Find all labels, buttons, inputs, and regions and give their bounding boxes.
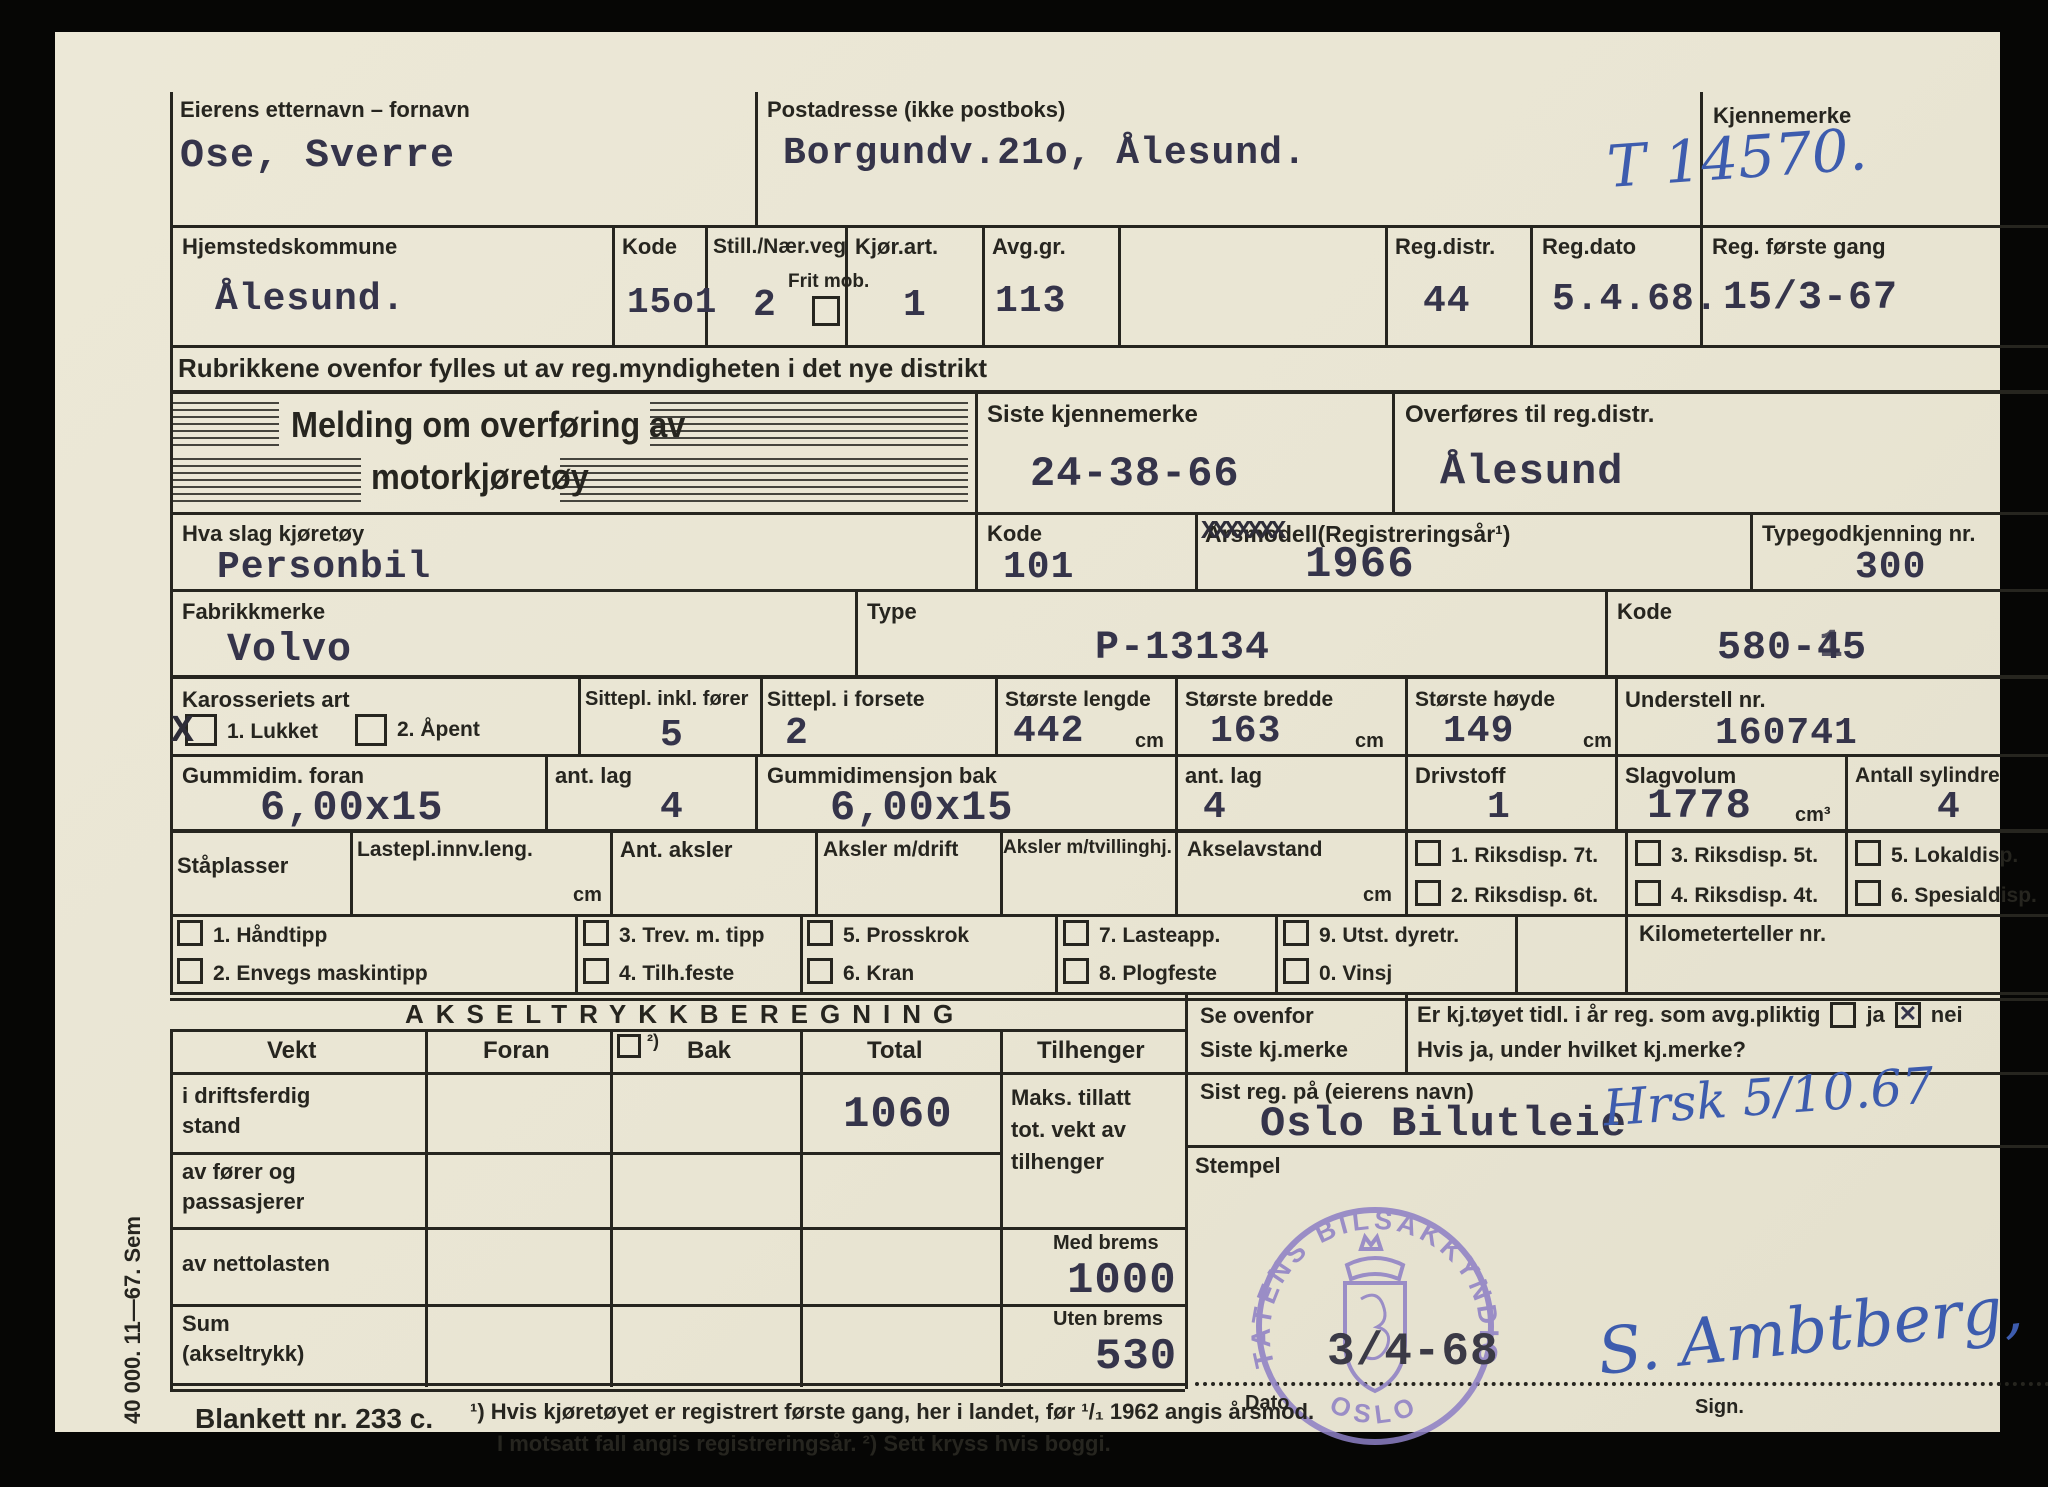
odometer-label: Kilometerteller nr. [1639,922,1826,946]
registration-card: Eierens etternavn – fornavn Ose, Sverre … [55,32,2000,1432]
driven-axles-label: Aksler m/drift [823,838,958,861]
plogfeste-label: 8. Plogfeste [1099,962,1217,985]
instruction-note: Rubrikkene ovenfor fylles ut av reg.mynd… [178,354,987,383]
overfores-value: Ålesund [1440,448,1623,496]
spesialdisp-label: 6. Spesialdisp. [1891,884,2037,907]
tilhfeste-label: 4. Tilh.feste [619,962,734,985]
regdato-label: Reg.dato [1542,235,1636,259]
length-unit: cm [1135,730,1164,752]
col-bak: Bak [687,1038,731,1064]
cylinders-label: Antall sylindre [1855,764,2000,787]
row4-label-b: (akseltrykk) [182,1342,304,1366]
divider [425,1029,428,1387]
hatch-decoration [173,402,279,450]
divider [1275,914,1278,992]
col-vekt: Vekt [267,1038,316,1064]
regdistr-label: Reg.distr. [1395,235,1495,259]
axle-count-label: Ant. aksler [620,838,733,862]
body-type-label: Karosseriets art [182,688,350,712]
divider [170,512,2048,515]
avggr-value: 113 [995,280,1066,323]
divider [170,92,173,994]
type-code-label: Kode [1617,600,1672,624]
model-year-value: 1966 [1305,540,1415,590]
divider [170,992,2048,995]
municipality-label: Hjemstedskommune [182,235,397,259]
front-seats-value: 2 [785,712,809,755]
postal-address-label: Postadresse (ikke postboks) [767,98,1065,122]
divider [1615,754,1618,829]
divider [575,914,578,992]
form-number: Blankett nr. 233 c. [195,1404,433,1435]
divider [1405,754,1408,829]
divider [1405,675,1408,754]
vehicle-kind-value: Personbil [217,546,431,589]
hatch-decoration [560,458,968,506]
body-closed-x-mark: X [171,710,195,753]
divider [1405,992,1408,1072]
divider [1515,914,1518,992]
body-open-label: 2. Åpent [397,718,480,741]
divider [170,1029,173,1389]
riksdisp-4t-checkbox[interactable] [1635,880,1661,906]
divider [1605,589,1608,675]
row1-label-a: i driftsferdig [182,1084,310,1108]
col-tilhenger: Tilhenger [1037,1038,1145,1064]
form-title-line2: motorkjøretøy [371,456,589,498]
municipality-value: Ålesund. [215,278,405,321]
twin-wheel-axles-label: Aksler m/tvillinghj. [1003,838,1172,859]
make-value: Volvo [227,628,352,673]
siste-kjennemerke-label: Siste kjennemerke [987,402,1198,428]
vinsj-label: 0. Vinsj [1319,962,1392,985]
tyre-front-value: 6,00x15 [260,784,443,832]
front-seats-label: Sittepl. i forsete [767,688,925,711]
siste-kjennemerke-value: 24-38-66 [1030,450,1240,498]
divider [170,1383,1185,1386]
plogfeste-checkbox[interactable] [1063,958,1089,984]
row1-label-b: stand [182,1114,241,1138]
ja-checkbox[interactable] [1830,1002,1856,1028]
riksdisp-4t-label: 4. Riksdisp. 4t. [1671,884,1818,907]
see-above-label: Se ovenfor [1200,1004,1314,1028]
inspector-signature: S. Ambtberg, [1594,1272,2026,1390]
kerb-weight-total: 1060 [843,1090,953,1140]
divider [1530,225,1533,345]
tilhfeste-checkbox[interactable] [583,958,609,984]
chassis-number-value: 160741 [1715,712,1858,755]
riksdisp-7t-checkbox[interactable] [1415,840,1441,866]
lasteapp-label: 7. Lasteapp. [1099,924,1220,947]
stamp-date: 3/4-68 [1327,1326,1499,1378]
type-label: Type [867,600,917,624]
ply-front-label: ant. lag [555,764,632,788]
seats-incl-driver-label: Sittepl. inkl. fører [585,688,748,710]
model-year-strikeout: XXXXXXX [1201,516,1282,546]
ply-front-value: 4 [660,786,684,829]
type-code-suffix: 5 [1842,626,1867,671]
still-naerveg-value: 2 [753,284,777,327]
divider [612,225,615,345]
overfores-label: Overføres til reg.distr. [1405,402,1654,428]
with-brakes-value: 1000 [1067,1256,1177,1306]
print-run-margin-text: 40 000. 11—67. Sem [121,1216,145,1424]
owner-name-label: Eierens etternavn – fornavn [180,98,470,122]
divider [1625,829,1628,914]
riksdisp-5t-label: 3. Riksdisp. 5t. [1671,844,1818,867]
trev-m-tipp-label: 3. Trev. m. tipp [619,924,764,947]
height-label: Største høyde [1415,688,1555,711]
handtipp-checkbox[interactable] [177,920,203,946]
regdistr-value: 44 [1423,280,1471,323]
width-unit: cm [1355,730,1384,752]
kjorart-label: Kjør.art. [855,235,938,259]
nei-check-mark: ✕ [1899,1002,1917,1028]
envegs-maskintipp-label: 2. Envegs maskintipp [213,962,428,985]
divider [982,225,985,345]
standing-places-label: Ståplasser [177,854,288,878]
divider [170,829,2048,833]
plate-number-handwritten: T 14570. [1605,115,1869,201]
nei-label: nei [1931,1002,1963,1028]
if-yes-label: Hvis ja, under hvilket kj.merke? [1417,1038,1746,1062]
wheelbase-unit: cm [1363,884,1392,906]
hatch-decoration [650,402,968,450]
type-approval-value: 300 [1855,546,1926,589]
divider [170,1029,1185,1032]
fuel-value: 1 [1487,786,1511,829]
divider [545,754,548,829]
chassis-number-label: Understell nr. [1625,688,1766,712]
type-value: P-13134 [1095,626,1270,671]
tyre-rear-value: 6,00x15 [830,784,1013,832]
divider [1175,675,1178,754]
lokaldisp-label: 5. Lokaldisp. [1891,844,2018,867]
riksdisp-5t-checkbox[interactable] [1635,840,1661,866]
kran-label: 6. Kran [843,962,914,985]
load-length-unit: cm [573,884,602,906]
divider [170,675,2048,679]
ply-rear-label: ant. lag [1185,764,1262,788]
divider [170,1152,1000,1155]
with-brakes-label: Med brems [1053,1232,1159,1254]
reg-forste-gang-label: Reg. første gang [1712,235,1886,259]
without-brakes-value: 530 [1095,1332,1177,1382]
stamp-label: Stempel [1195,1154,1281,1178]
riksdisp-6t-checkbox[interactable] [1415,880,1441,906]
divider [170,225,2048,228]
boggi-note: ²) [647,1032,659,1052]
type-approval-label: Typegodkjenning nr. [1762,522,1976,546]
divider [1392,390,1395,512]
divider [1625,914,1628,992]
length-value: 442 [1013,710,1084,753]
divider [170,1227,1185,1230]
divider [1118,225,1121,345]
divider [1185,992,1188,1389]
vehicle-kind-label: Hva slag kjøretøy [182,522,364,546]
stamp-text-bottom: OSLO [1326,1389,1425,1430]
divider [578,675,581,754]
svg-text:OSLO: OSLO [1326,1389,1425,1430]
kommune-code-label: Kode [622,235,677,259]
owner-name-value: Ose, Sverre [180,134,455,179]
divider [170,1304,1185,1307]
prosskrok-label: 5. Prosskrok [843,924,969,947]
seats-incl-driver-value: 5 [660,714,684,757]
vehicle-code-value: 101 [1003,546,1074,589]
footnote-1: ¹) Hvis kjøretøyet er registrert første … [470,1400,1314,1424]
riksdisp-7t-label: 1. Riksdisp. 7t. [1451,844,1598,867]
divider [1055,914,1058,992]
trailer-max-line3: tilhenger [1011,1150,1104,1174]
nei-checkbox[interactable]: ✕ [1895,1002,1921,1028]
tax-question-text: Er kj.tøyet tidl. i år reg. som avg.plik… [1417,1002,1820,1028]
sign-label: Sign. [1695,1396,1744,1418]
divider [610,1029,613,1387]
width-value: 163 [1210,710,1281,753]
trailer-max-line2: tot. vekt av [1011,1118,1126,1142]
divider [1845,829,1848,914]
divider [1175,754,1178,829]
divider [755,754,758,829]
kran-checkbox[interactable] [807,958,833,984]
divider [755,92,758,225]
riksdisp-6t-label: 2. Riksdisp. 6t. [1451,884,1598,907]
without-brakes-label: Uten brems [1053,1308,1163,1330]
regdato-value: 5.4.68. [1552,278,1719,321]
ja-label: ja [1866,1002,1884,1028]
kommune-code-value: 15o1 [627,282,717,323]
divider [760,675,763,754]
boggi-checkbox[interactable] [617,1034,641,1058]
tax-question-row: Er kj.tøyet tidl. i år reg. som avg.plik… [1417,1002,1963,1028]
avggr-label: Avg.gr. [992,235,1066,259]
last-registered-value: Oslo Bilutleie [1260,1100,1627,1148]
spesialdisp-checkbox[interactable] [1855,880,1881,906]
reg-forste-gang-value: 15/3-67 [1723,276,1898,321]
divider [975,390,978,589]
last-plate-label: Siste kj.merke [1200,1038,1348,1062]
body-closed-label: 1. Lukket [227,720,318,743]
postal-address-value: Borgundv.21o, Ålesund. [783,132,1307,175]
divider [1385,225,1388,345]
wheelbase-label: Akselavstand [1187,838,1322,861]
type-code-overstrike-b: 1 [1819,624,1844,669]
ply-rear-value: 4 [1203,786,1227,829]
divider [610,829,613,914]
kjorart-value: 1 [903,284,927,327]
divider [1195,512,1198,589]
load-length-label: Lastepl.innv.leng. [357,838,533,861]
vinsj-checkbox[interactable] [1283,958,1309,984]
hatch-decoration [173,458,361,506]
prosskrok-checkbox[interactable] [807,920,833,946]
fuel-label: Drivstoff [1415,764,1505,788]
divider [170,914,2048,917]
divider [1175,829,1178,914]
lokaldisp-checkbox[interactable] [1855,840,1881,866]
trailer-max-line1: Maks. tillatt [1011,1086,1131,1110]
displacement-value: 1778 [1647,782,1752,830]
divider [855,589,858,675]
lasteapp-checkbox[interactable] [1063,920,1089,946]
last-registered-handwriting: Hrsk 5/10.67 [1601,1057,1935,1138]
col-total: Total [867,1038,923,1064]
footnote-2: I motsatt fall angis registreringsår. ²)… [497,1432,1111,1456]
divider [170,1389,1185,1392]
form-title-line1: Melding om overføring av [291,404,685,446]
utst-dyretr-label: 9. Utst. dyretr. [1319,924,1459,947]
height-value: 149 [1443,710,1514,753]
col-foran: Foran [483,1038,550,1064]
vehicle-code-label: Kode [987,522,1042,546]
type-code-value: 580-415 [1717,626,1867,671]
cylinders-value: 4 [1937,786,1961,829]
row4-label-a: Sum [182,1312,230,1336]
divider [995,675,998,754]
frit-mob-label: Frit mob. [788,272,869,293]
envegs-maskintipp-checkbox[interactable] [177,958,203,984]
length-label: Største lengde [1005,688,1151,711]
row2-label-a: av fører og [182,1160,296,1184]
body-open-checkbox[interactable] [355,714,387,746]
divider [1405,829,1408,914]
divider [1615,675,1618,754]
row2-label-b: passasjerer [182,1190,304,1214]
width-label: Største bredde [1185,688,1333,711]
row3-label: av nettolasten [182,1252,330,1276]
frit-mob-checkbox[interactable] [812,296,840,326]
divider [170,390,2048,394]
displacement-unit: cm³ [1795,804,1831,826]
divider [170,589,2048,592]
handtipp-label: 1. Håndtipp [213,924,327,947]
divider [170,345,2048,348]
height-unit: cm [1583,730,1612,752]
divider [800,1029,803,1387]
divider [1845,754,1848,829]
still-naerveg-label: Still./Nær.veg [713,235,846,258]
divider [1750,512,1753,589]
trev-m-tipp-checkbox[interactable] [583,920,609,946]
divider [1000,1029,1003,1387]
axle-load-title: AKSELTRYKKBEREGNING [405,1000,965,1029]
divider [350,829,353,914]
utst-dyretr-checkbox[interactable] [1283,920,1309,946]
make-label: Fabrikkmerke [182,600,325,624]
divider [800,914,803,992]
divider [815,829,818,914]
type-code-prefix: 580- [1717,626,1817,671]
